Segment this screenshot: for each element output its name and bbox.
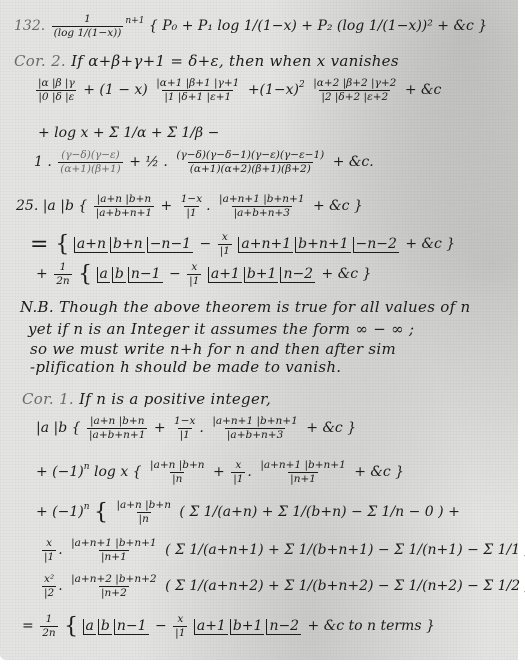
equation-line-4: + log x + Σ 1/α + Σ 1/β − [38, 126, 219, 140]
equation-line-11: + (−1)n log x { |a+n |b+n|n + x|1. |a+n+… [36, 460, 404, 484]
note-line-1: N.B. Though the above theorem is true fo… [20, 300, 470, 315]
equation-line-3: |α |β |γ|0 |δ |ε + (1 − x) |α+1 |β+1 |γ+… [34, 78, 441, 102]
note-line-2: yet if n is an Integer it assumes the fo… [28, 322, 414, 337]
equation-line-10: |a |b { |a+n |b+n|a+b+n+1 + 1−x|1. |a+n+… [36, 416, 356, 440]
equation-line-15: = 12n { abn−1 − x|1 a+1b+1n−2 + &c to n … [22, 614, 435, 638]
page-number: 132. [14, 18, 45, 34]
equation-number: 25. [16, 198, 38, 214]
corollary-label: Cor. 1. [22, 390, 74, 408]
equation-line-7: = { a+nb+n−n−1 − x|1 a+n+1b+n+1−n−2 + &c… [30, 232, 455, 256]
note-line-3: so we must write n+h for n and then afte… [30, 342, 396, 357]
manuscript-page: 132. 1 (log 1/(1−x)) n+1 { P₀ + P₁ log 1… [0, 0, 518, 660]
equation-line-13: x|1. |a+n+1 |b+n+1|n+1 ( Σ 1/(a+n+1) + Σ… [40, 538, 525, 562]
corollary-label: Cor. 2. [14, 52, 66, 70]
equation-line-8: + 12n { abn−1 − x|1 a+1b+1n−2 + &c } [36, 262, 371, 286]
fraction: 1 (log 1/(1−x)) [52, 14, 124, 38]
equation-line-12: + (−1)n { |a+n |b+n|n ( Σ 1/(a+n) + Σ 1/… [36, 500, 460, 524]
equation-line-5: 1 . (γ−δ)(γ−ε)(α+1)(β+1) + ½ . (γ−δ)(γ−δ… [34, 150, 374, 174]
corollary-2-statement: Cor. 2. If α+β+γ+1 = δ+ε, then when x va… [14, 54, 399, 69]
equation-line-1: 132. 1 (log 1/(1−x)) n+1 { P₀ + P₁ log 1… [14, 14, 487, 38]
equation-line-25: 25. |a |b { |a+n |b+n|a+b+n+1 + 1−x|1. |… [16, 194, 363, 218]
note-line-4: -plification h should be made to vanish. [30, 360, 341, 375]
series-body: { P₀ + P₁ log 1/(1−x) + P₂ (log 1/(1−x))… [149, 18, 487, 34]
equation-line-14: x²|2. |a+n+2 |b+n+2|n+2 ( Σ 1/(a+n+2) + … [40, 574, 525, 598]
corollary-1-statement: Cor. 1. If n is a positive integer, [22, 392, 271, 407]
